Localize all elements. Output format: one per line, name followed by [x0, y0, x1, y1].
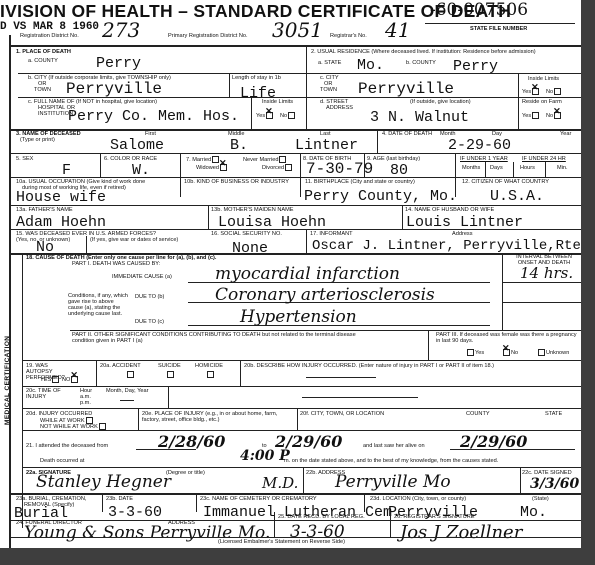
divider	[9, 537, 581, 538]
injury-county-label: COUNTY	[466, 411, 490, 417]
divider	[22, 408, 581, 409]
middle-name: B.	[230, 138, 248, 153]
received-stamp: D VS MAR 8 1960	[0, 21, 99, 33]
citizen: U.S.A.	[490, 189, 544, 204]
divider	[502, 253, 503, 330]
autopsy-yes[interactable]: YES	[40, 376, 60, 383]
first-name: Salome	[110, 138, 164, 153]
registrar-signature-label: 26. REGISTRAR'S SIGNATURE	[394, 514, 475, 520]
disposition: Burial	[14, 506, 68, 521]
under-24-hr-label: IF UNDER 24 HR	[522, 156, 566, 162]
sex-label: 5. SEX	[16, 156, 33, 162]
inside-limits-no[interactable]: No	[280, 112, 296, 119]
mother-name: Louisa Hoehn	[218, 215, 326, 230]
widowed-option[interactable]: Widowed	[196, 164, 228, 171]
months-label: Months	[462, 165, 480, 171]
mdy-label: Month, Day, Year	[106, 388, 149, 394]
divider	[300, 153, 301, 197]
divider	[303, 467, 304, 493]
part1-label: PART I. DEATH WAS CAUSED BY:	[72, 261, 160, 267]
time-of-injury-label: 20c. TIME OF INJURY	[26, 388, 64, 400]
cemetery-state-label: (State)	[532, 496, 549, 502]
divider	[138, 408, 139, 430]
physician-address: Perryville Mo	[335, 472, 451, 492]
death-at-label: Death occurred at	[40, 458, 84, 464]
checkbox-checked[interactable]	[503, 349, 510, 356]
res-city: Perryville	[358, 82, 454, 97]
suicide-checkbox[interactable]	[167, 371, 174, 378]
pregnancy-unknown[interactable]: Unknown	[537, 349, 569, 356]
divider	[9, 177, 581, 178]
hospital-name: Perry Co. Mem. Hos.	[68, 109, 239, 124]
name-sub: (Type or print)	[20, 137, 55, 143]
divider	[22, 430, 581, 431]
date-of-death: 2-29-60	[448, 138, 511, 153]
divider	[9, 229, 581, 230]
blank-line	[306, 377, 376, 378]
business-label: 10b. KIND OF BUSINESS OR INDUSTRY	[184, 179, 289, 185]
under-1-year-label: IF UNDER 1 YEAR	[460, 156, 508, 162]
divider	[9, 45, 581, 47]
divider	[18, 97, 306, 98]
spouse-label: 14. NAME OF HUSBAND OR WIFE	[405, 207, 494, 213]
divider	[485, 162, 486, 177]
divider	[274, 512, 275, 537]
burial-date-label: 23b. DATE	[106, 496, 133, 502]
due-to-b-label: DUE TO (b)	[135, 294, 164, 300]
farm-yes[interactable]: Yes	[522, 112, 540, 119]
divider	[96, 360, 97, 386]
date-received-label: 25. DATE RECD. BY LOCAL REG.	[278, 514, 365, 520]
accident-label: 20a. ACCIDENT	[100, 363, 141, 369]
res-state: Mo.	[357, 58, 384, 73]
due-to-b: Coronary arteriosclerosis	[215, 285, 435, 305]
res-county: Perry	[453, 59, 498, 74]
divider	[306, 73, 581, 74]
pm-label: p.m.	[80, 400, 91, 406]
divider	[502, 302, 581, 303]
part2-label: PART II. OTHER SIGNIFICANT CONDITIONS CO…	[72, 332, 372, 344]
divider	[22, 386, 581, 387]
homicide-checkbox[interactable]	[207, 371, 214, 378]
death-at-suffix: m. on the date stated above, and to the …	[284, 458, 498, 464]
blank-line	[450, 449, 575, 450]
primary-registration-no: 3051	[272, 18, 323, 42]
injury-city-label: 20f. CITY, TOWN, OR LOCATION	[300, 411, 384, 417]
registrar-signature: Jos J Zoellner	[400, 522, 522, 543]
res-city-town: TOWN	[320, 87, 337, 93]
farm-label: Reside on Farm	[522, 99, 562, 105]
divider	[251, 97, 252, 129]
inside-limits-label: Inside Limits	[262, 99, 293, 105]
attended-label: 21. I attended the deceased from	[26, 443, 108, 449]
birthplace: Perry County, Mo.	[304, 189, 457, 204]
registrar-no: 41	[385, 18, 410, 42]
death-time: 4:00 P	[240, 448, 290, 464]
divider	[196, 493, 197, 512]
divider	[86, 236, 87, 253]
divider	[9, 153, 581, 154]
race: W.	[132, 163, 150, 178]
attended-from: 2/28/60	[158, 432, 225, 451]
father-name: Adam Hoehn	[16, 215, 106, 230]
divider	[518, 73, 519, 129]
divider	[402, 205, 403, 229]
hours-label: Hours	[520, 165, 535, 171]
informant-label: 17. INFORMANT	[310, 231, 353, 237]
degree-label: (Degree or title)	[166, 470, 205, 476]
dod-label: 4. DATE OF DEATH	[382, 131, 432, 137]
divider	[377, 129, 378, 153]
checkbox-checked[interactable]	[266, 112, 273, 119]
inside-limits-yes[interactable]: Yes	[256, 112, 274, 119]
cemetery-location-label: 23d. LOCATION (City, town, or county)	[370, 496, 466, 502]
burial-date: 3-3-60	[108, 505, 162, 520]
homicide-label: HOMICIDE	[195, 363, 223, 369]
age: 80	[390, 163, 408, 178]
divider	[545, 162, 546, 177]
checkbox-checked[interactable]	[554, 112, 561, 119]
street-address: 3 N. Walnut	[370, 110, 469, 125]
divider	[22, 360, 581, 361]
divider	[102, 493, 103, 512]
medical-certification-label: MEDICAL CERTIFICATION	[4, 336, 11, 425]
divider	[520, 467, 521, 493]
pregnancy-no[interactable]: No	[502, 349, 518, 356]
farm-no[interactable]: No	[546, 112, 562, 119]
describe-injury-label: 20b. DESCRIBE HOW INJURY OCCURRED. (Ente…	[244, 363, 494, 369]
registration-district-label: Registration District No.	[20, 33, 79, 39]
divider	[22, 253, 23, 528]
stay-label: Length of stay in 1b	[232, 75, 281, 81]
spouse-name: Louis Lintner	[406, 215, 523, 230]
divider	[306, 45, 307, 129]
citizen-label: 12. CITIZEN OF WHAT COUNTRY	[462, 179, 549, 185]
res-inside-yes[interactable]: Yes	[522, 88, 540, 95]
divider	[297, 408, 298, 430]
checkbox[interactable]	[532, 112, 539, 119]
physician-degree: M.D.	[262, 474, 298, 492]
informant: Oscar J. Lintner, Perryville,Rte.2	[312, 239, 581, 254]
place-of-death-label: 1. PLACE OF DEATH	[16, 49, 71, 55]
sex: F	[62, 163, 71, 178]
suicide-label: SUICIDE	[158, 363, 181, 369]
viewer-background-bottom	[0, 548, 595, 565]
divider	[502, 282, 581, 283]
armed-sub2: (If yes, give war or dates of service)	[90, 237, 178, 243]
death-city: Perryville	[66, 82, 162, 97]
divider	[100, 153, 101, 177]
informant-address-label: Address	[452, 231, 473, 237]
due-to-c-label: DUE TO (c)	[135, 319, 164, 325]
street-note: (If outside, give location)	[410, 99, 471, 105]
immediate-cause-label: IMMEDIATE CAUSE (a)	[112, 274, 172, 280]
checkbox[interactable]	[554, 88, 561, 95]
divider	[9, 520, 581, 521]
divider	[180, 153, 181, 197]
divider	[364, 153, 365, 177]
immediate-cause: myocardial infarction	[215, 264, 400, 284]
father-label: 13a. FATHER'S NAME	[16, 207, 73, 213]
checkbox[interactable]	[285, 164, 292, 171]
death-county: Perry	[96, 56, 141, 71]
divider	[513, 162, 514, 177]
due-to-c: Hypertension	[240, 307, 357, 327]
res-inside-no[interactable]: No	[546, 88, 562, 95]
divider	[240, 360, 241, 386]
checkbox-checked[interactable]	[220, 164, 227, 171]
divider	[364, 493, 365, 512]
min-label: Min.	[557, 165, 568, 171]
blank-line	[120, 400, 134, 401]
days-label: Days	[490, 165, 503, 171]
autopsy-no[interactable]: NO	[62, 376, 79, 383]
never-married-option[interactable]: Never Married	[243, 156, 287, 163]
cemetery-label: 23c. NAME OF CEMETERY OR CREMATORY	[200, 496, 317, 502]
checkbox[interactable]	[538, 349, 545, 356]
cemetery-state: Mo.	[520, 505, 547, 520]
divider	[9, 493, 581, 495]
blank-line	[302, 397, 418, 398]
county-label: a. COUNTY	[28, 58, 58, 64]
divider	[9, 205, 581, 206]
usual-residence-label: 2. USUAL RESIDENCE (Where deceased lived…	[311, 49, 536, 55]
last-saw-label: and last saw her alive on	[363, 443, 425, 449]
street-sub: ADDRESS	[326, 105, 353, 111]
checkbox[interactable]	[52, 376, 59, 383]
divider	[306, 97, 581, 98]
checkbox[interactable]	[467, 349, 474, 356]
last-name: Lintner	[295, 138, 358, 153]
divider	[208, 205, 209, 229]
place-of-injury-label: 20e. PLACE OF INJURY (e.g., in or about …	[142, 411, 292, 423]
injury-state-label: STATE	[545, 411, 562, 417]
registration-district-no: 273	[102, 18, 140, 42]
divider	[229, 73, 230, 97]
married-option[interactable]: 7. Married	[186, 156, 220, 163]
death-certificate: IVISION OF HEALTH – STANDARD CERTIFICATE…	[0, 0, 581, 548]
checkbox-checked[interactable]	[71, 376, 78, 383]
divider	[306, 229, 307, 253]
ssn-label: 16. SOCIAL SECURITY NO.	[211, 231, 282, 237]
interval: 14 hrs.	[520, 264, 573, 282]
divider	[168, 386, 169, 408]
occupation: House wife	[16, 190, 106, 205]
divorced-option[interactable]: Divorced	[262, 164, 293, 171]
divider	[428, 330, 429, 360]
state-file-label: STATE FILE NUMBER	[470, 26, 527, 32]
not-while-at-work[interactable]: NOT WHILE AT WORK	[40, 423, 107, 430]
date-signed: 3/3/60	[530, 476, 579, 492]
checkbox[interactable]	[99, 423, 106, 430]
res-county-label: b. COUNTY	[406, 60, 436, 66]
viewer-background-right	[581, 0, 595, 565]
city-town: TOWN	[34, 87, 51, 93]
registrar-no-label: Registrar's No.	[330, 33, 367, 39]
embalmer-note: (Licensed Embalmer's Statement on Revers…	[218, 539, 345, 545]
res-state-label: a. STATE	[318, 60, 341, 66]
left-border	[9, 35, 11, 548]
accident-checkbox[interactable]	[127, 371, 134, 378]
checkbox[interactable]	[288, 112, 295, 119]
checkbox-checked[interactable]	[532, 88, 539, 95]
birthplace-label: 11. BIRTHPLACE (City and state or countr…	[305, 179, 415, 185]
conditions-note: Conditions, if any, which gave rise to a…	[68, 293, 128, 317]
divider	[18, 73, 306, 74]
divider	[425, 23, 575, 24]
pregnancy-yes[interactable]: Yes	[466, 349, 484, 356]
divider	[390, 512, 391, 537]
checkbox[interactable]	[279, 156, 286, 163]
divider	[70, 330, 581, 331]
primary-registration-label: Primary Registration District No.	[168, 33, 248, 39]
physician-signature: Stanley Hegner	[36, 472, 171, 492]
state-file-number: -60-007506	[430, 3, 528, 18]
divider	[22, 467, 581, 468]
year-label: Year	[560, 131, 571, 137]
mother-label: 13b. MOTHER'S MAIDEN NAME	[211, 207, 294, 213]
